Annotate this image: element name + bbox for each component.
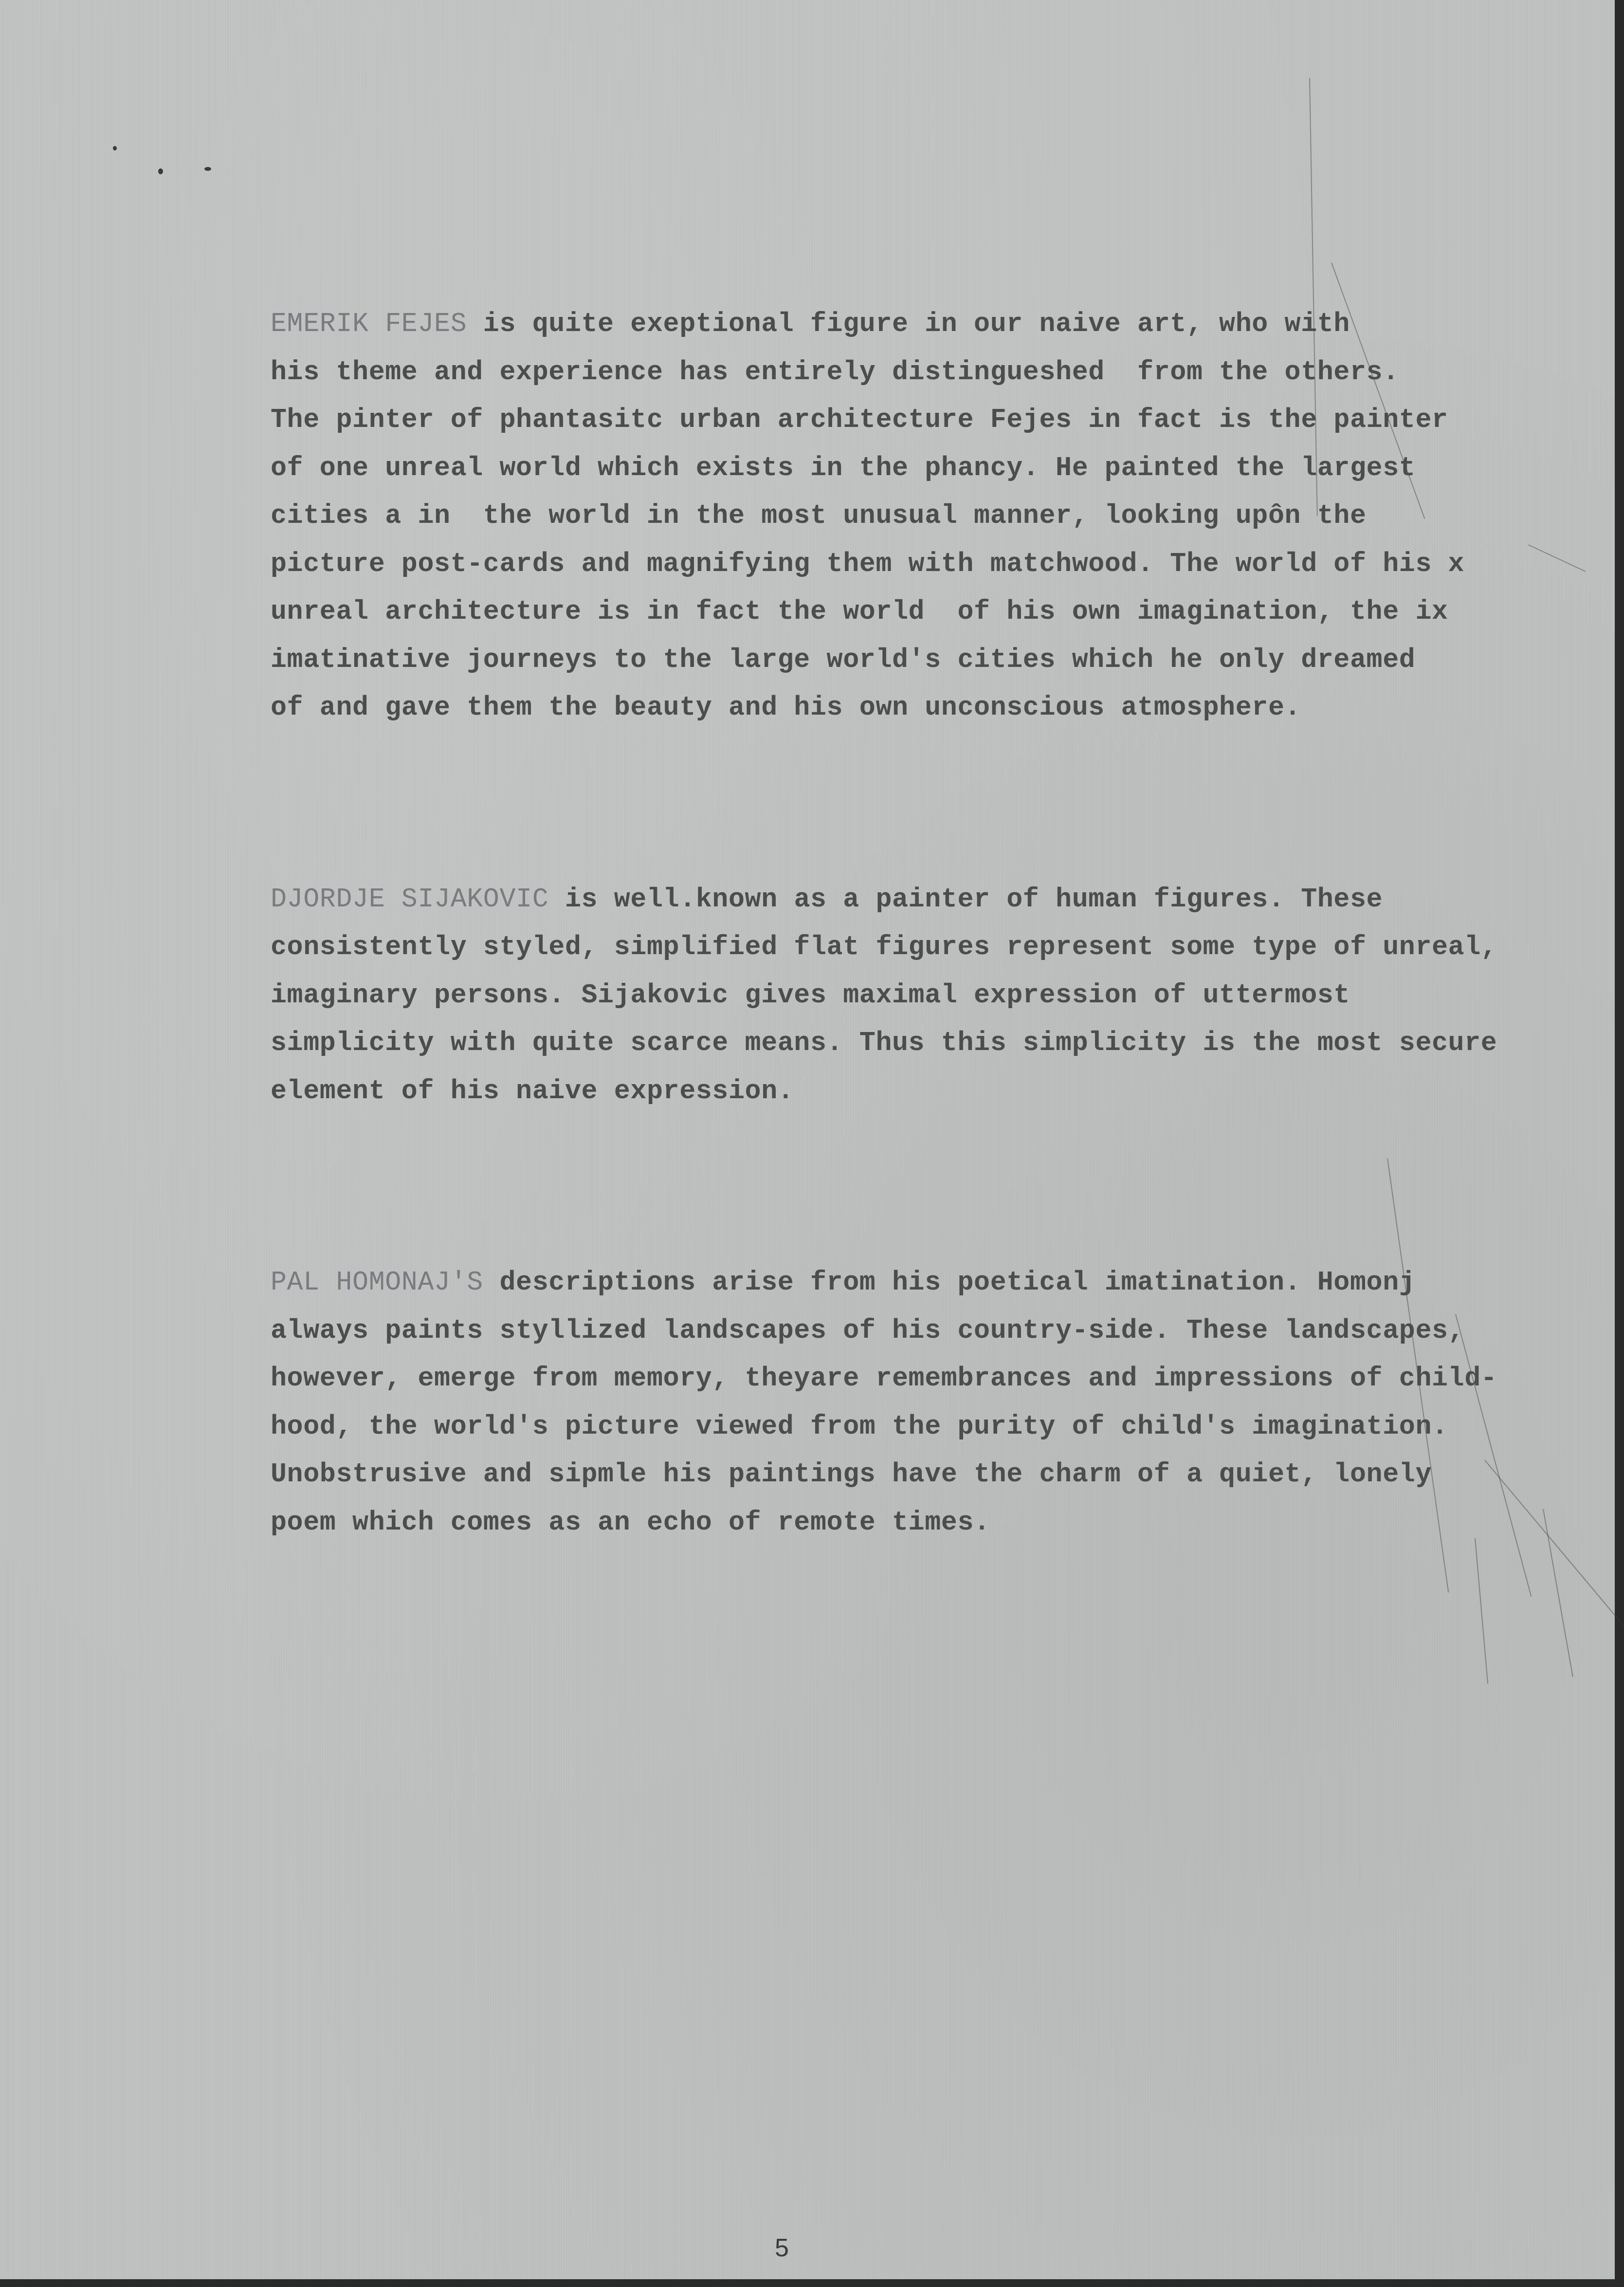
line-text: hood, the world's picture viewed from th… — [271, 1411, 1448, 1442]
text-line: of and gave them the beauty and his own … — [271, 684, 1614, 732]
line-text: element of his naive expression. — [271, 1076, 794, 1107]
artist-name: PAL HOMONAJ'S — [271, 1267, 483, 1298]
line-text: poem which comes as an echo of remote ti… — [271, 1507, 990, 1538]
text-line: of one unreal world which exists in the … — [271, 444, 1614, 493]
text-line: EMERIK FEJES is quite exeptional figure … — [271, 300, 1614, 349]
paragraph-fejes: EMERIK FEJES is quite exeptional figure … — [271, 300, 1614, 732]
line-text: imaginary persons. Sijakovic gives maxim… — [271, 980, 1350, 1011]
line-text: always paints styllized landscapes of hi… — [271, 1315, 1464, 1346]
text-line: picture post-cards and magnifying them w… — [271, 540, 1614, 589]
line-text: however, emerge from memory, theyare rem… — [271, 1363, 1497, 1394]
document-page: EMERIK FEJES is quite exeptional figure … — [0, 0, 1615, 2279]
text-line: simplicity with quite scarce means. Thus… — [271, 1019, 1614, 1068]
line-text: of and gave them the beauty and his own … — [271, 692, 1301, 723]
line-text: his theme and experience has entirely di… — [271, 357, 1399, 387]
line-text: of one unreal world which exists in the … — [271, 453, 1415, 483]
line-text: simplicity with quite scarce means. Thus… — [271, 1028, 1497, 1058]
line-text: unreal architecture is in fact the world… — [271, 596, 1448, 627]
line-text: is quite exeptional figure in our naive … — [467, 309, 1350, 339]
text-line: however, emerge from memory, theyare rem… — [271, 1355, 1614, 1403]
text-line: cities a in the world in the most unusua… — [271, 492, 1614, 540]
text-line: his theme and experience has entirely di… — [271, 349, 1614, 397]
paragraph-homonaj: PAL HOMONAJ'S descriptions arise from hi… — [271, 1259, 1614, 1547]
line-text: is well.known as a painter of human figu… — [548, 884, 1383, 915]
text-line: PAL HOMONAJ'S descriptions arise from hi… — [271, 1259, 1614, 1307]
typed-text: EMERIK FEJES is quite exeptional figure … — [271, 204, 1614, 1690]
artist-name: EMERIK FEJES — [271, 309, 467, 339]
line-text: Unobstrusive and sipmle his paintings ha… — [271, 1459, 1432, 1490]
line-text: consistently styled, simplified flat fig… — [271, 932, 1497, 962]
line-text: imatinative journeys to the large world'… — [271, 645, 1415, 675]
text-line: imaginary persons. Sijakovic gives maxim… — [271, 972, 1614, 1020]
line-text: descriptions arise from his poetical ima… — [483, 1267, 1416, 1298]
text-line: consistently styled, simplified flat fig… — [271, 923, 1614, 972]
line-text: The pinter of phantasitc urban architect… — [271, 405, 1448, 435]
text-line: always paints styllized landscapes of hi… — [271, 1307, 1614, 1355]
paper-speck — [204, 167, 211, 171]
page-number: 5 — [775, 2233, 789, 2263]
line-text: cities a in the world in the most unusua… — [271, 500, 1367, 531]
paragraph-sijakovic: DJORDJE SIJAKOVIC is well.known as a pai… — [271, 876, 1614, 1116]
line-text: picture post-cards and magnifying them w… — [271, 549, 1464, 579]
paper-speck — [113, 146, 117, 150]
text-line: poem which comes as an echo of remote ti… — [271, 1499, 1614, 1547]
paper-speck — [158, 168, 163, 174]
text-line: The pinter of phantasitc urban architect… — [271, 396, 1614, 444]
text-line: element of his naive expression. — [271, 1068, 1614, 1116]
text-line: imatinative journeys to the large world'… — [271, 636, 1614, 684]
text-line: Unobstrusive and sipmle his paintings ha… — [271, 1451, 1614, 1499]
artist-name: DJORDJE SIJAKOVIC — [271, 884, 548, 915]
text-line: DJORDJE SIJAKOVIC is well.known as a pai… — [271, 876, 1614, 924]
text-line: hood, the world's picture viewed from th… — [271, 1403, 1614, 1451]
text-line: unreal architecture is in fact the world… — [271, 588, 1614, 636]
